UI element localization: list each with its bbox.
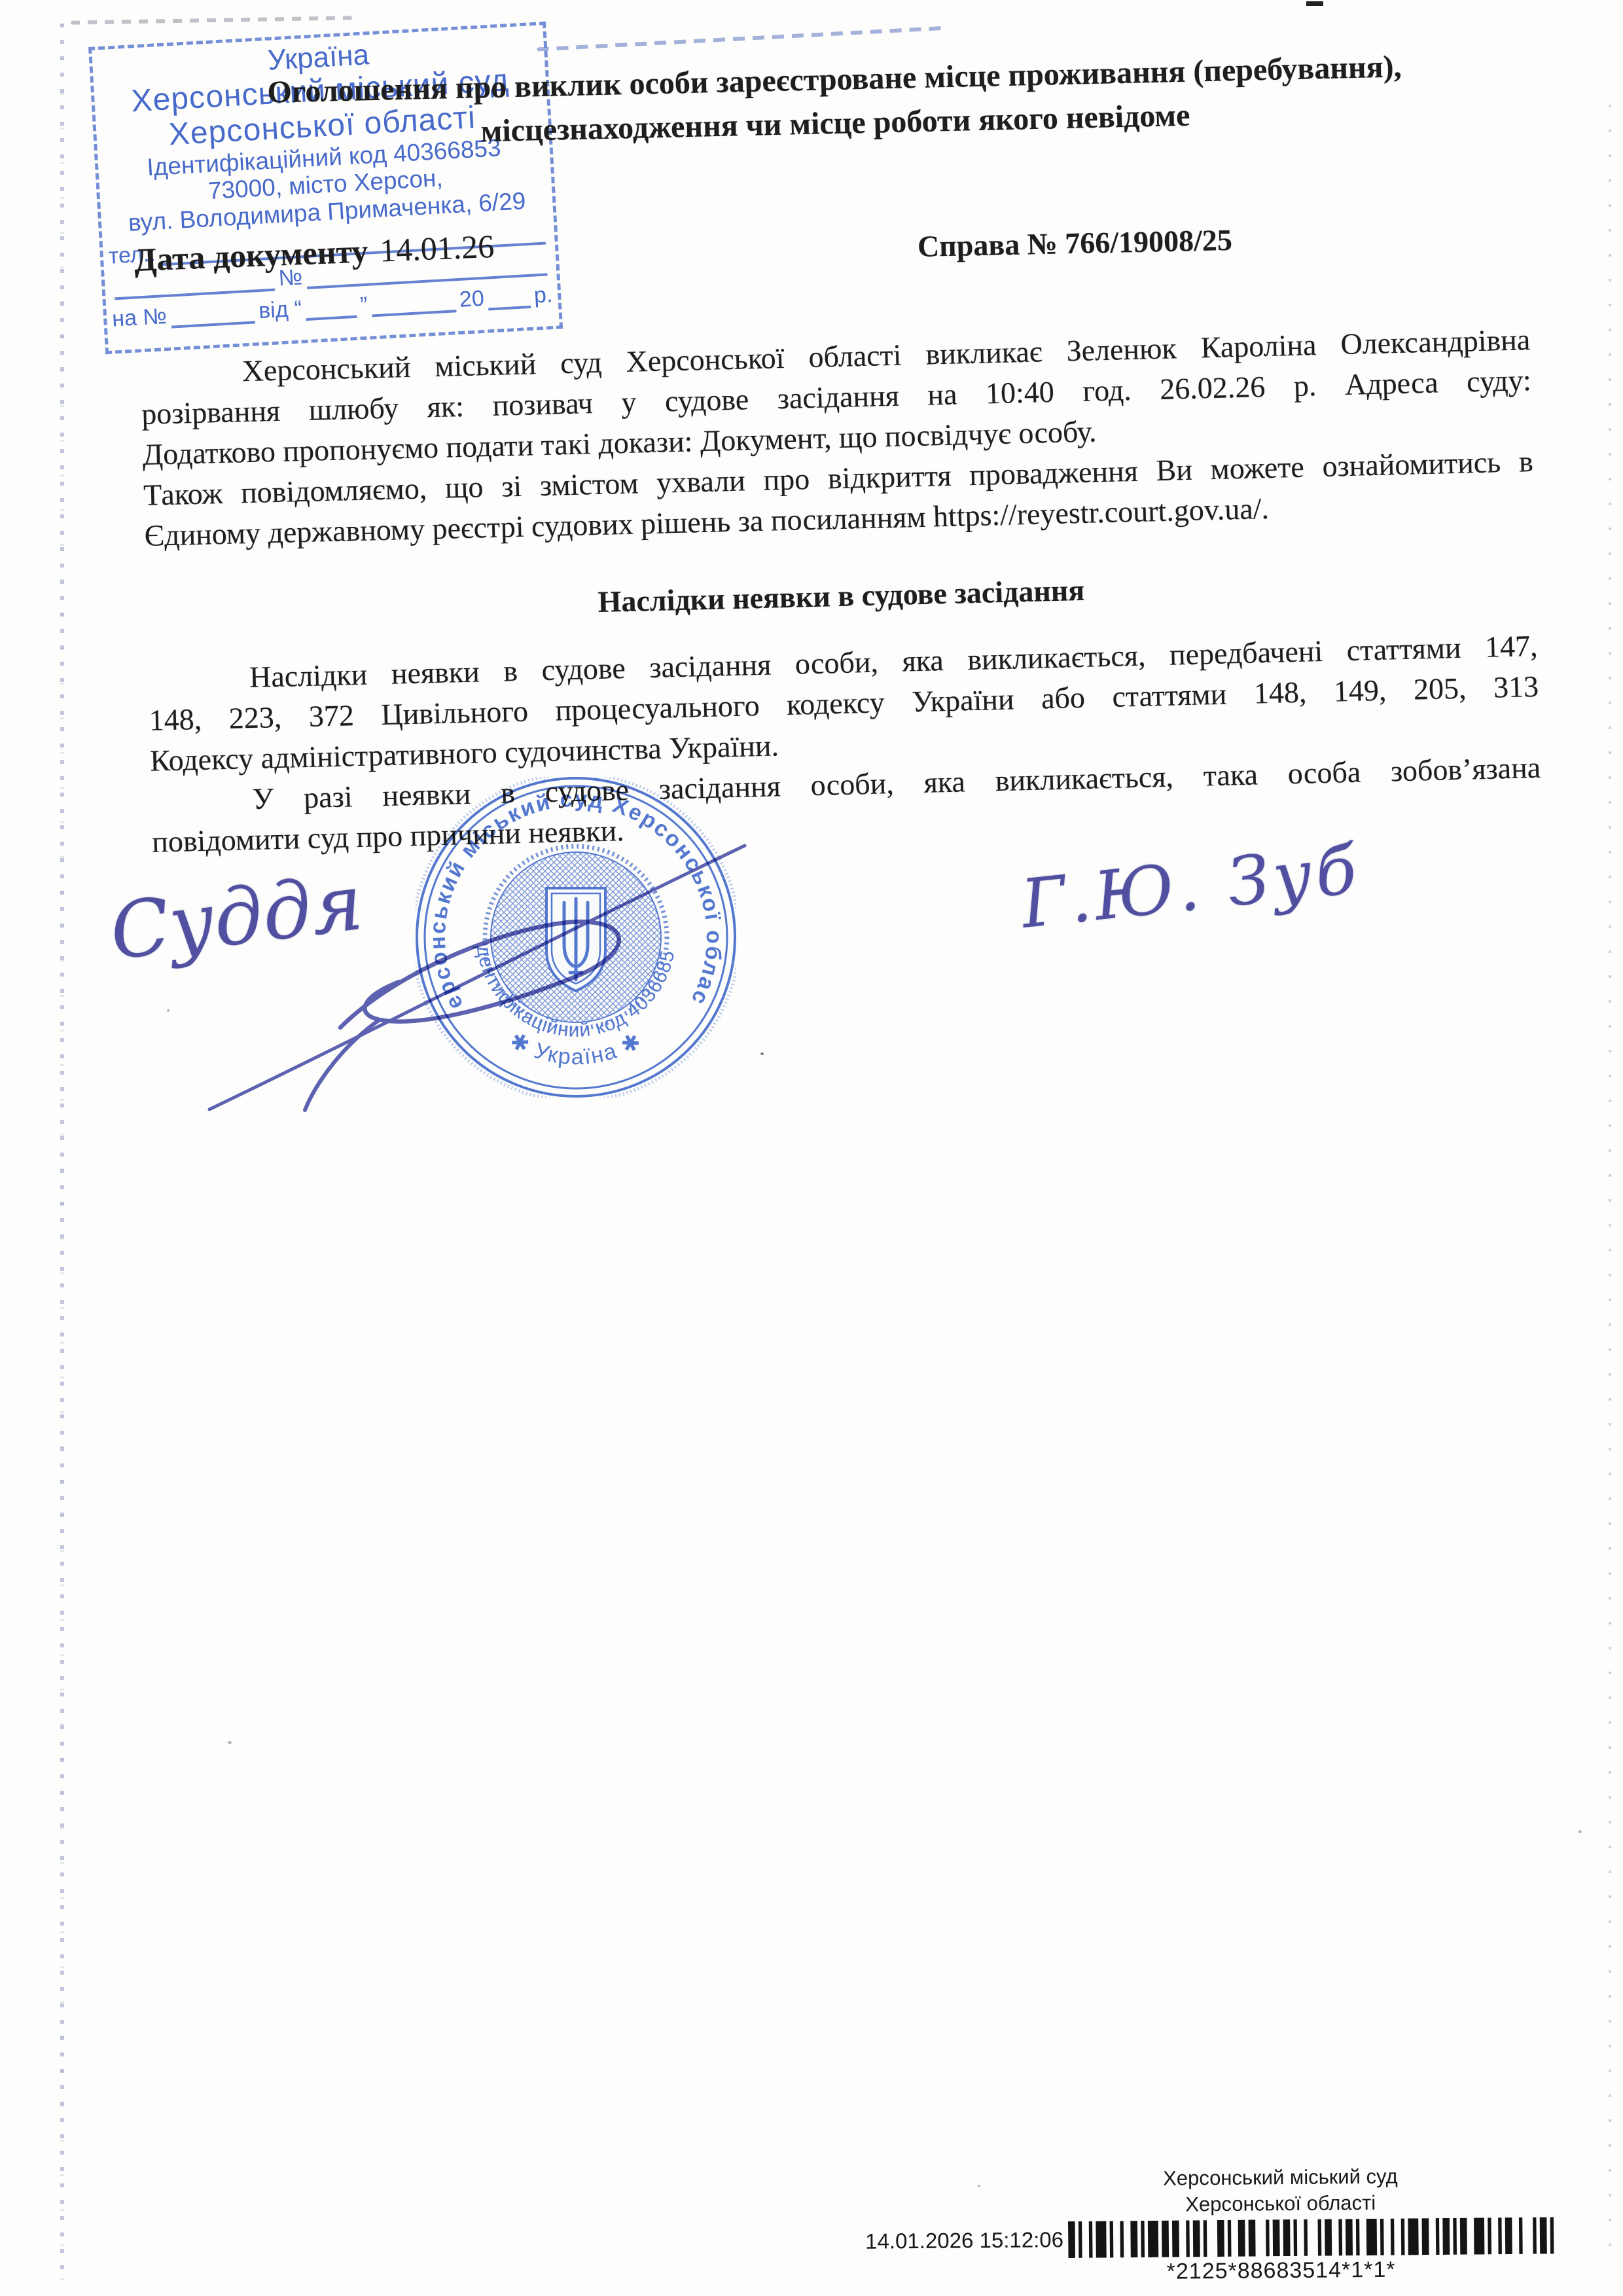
case-number-label: Справа № [917, 227, 1058, 263]
scan-speck [167, 1009, 169, 1012]
stamp-year-label: 20 [459, 286, 485, 312]
scan-artifact-stamp-border-smudge [537, 26, 948, 52]
pen-stroke-tail [305, 1020, 380, 1110]
document-date-value: 14.01.26 [379, 228, 495, 269]
stamp-blank-line [170, 302, 255, 329]
stamp-quote-close: ” [359, 293, 368, 318]
scan-speck [1578, 1830, 1582, 1833]
stamp-blank-line [371, 291, 456, 317]
scan-artifact-top-right-dash [1306, 1, 1323, 6]
footer-court-line2: Херсонської області [1029, 2189, 1533, 2219]
document-body: Херсонський міський суд Херсонської обла… [140, 319, 1542, 863]
pen-stroke-long-line [209, 846, 745, 1109]
scan-speck [228, 1741, 232, 1744]
stamp-blank-line [305, 296, 357, 321]
footer-court-line1: Херсонський міський суд [1028, 2162, 1532, 2193]
scanned-court-document: Україна Херсонський міський суд Херсонсь… [0, 0, 1623, 2296]
scan-artifact-left-edge [60, 24, 64, 2282]
footer-barcode-text: *2125*88683514*1*1* [1029, 2255, 1533, 2286]
registration-footer: Херсонський міський суд Херсонської обла… [865, 2162, 1573, 2287]
case-number-value: 766/19008/25 [1065, 223, 1233, 260]
stamp-na-label: на № [111, 304, 168, 332]
footer-barcode-row: 14.01.2026 15:12:06 [865, 2217, 1572, 2259]
pen-stroke-overlay [183, 812, 772, 1126]
barcode [1068, 2217, 1561, 2258]
scan-artifact-top-smudge [71, 16, 352, 25]
stamp-vid-label: від “ [258, 296, 302, 324]
handwritten-judge-signature: Г.Ю. Зуб [1018, 831, 1364, 944]
section-heading: Наслідки неявки в судове засідання [146, 559, 1537, 634]
stamp-r-label: р. [533, 282, 553, 308]
stamp-blank-line [488, 286, 531, 311]
case-number: Справа № 766/19008/25 [917, 223, 1232, 264]
footer-timestamp: 14.01.2026 15:12:06 [865, 2227, 1068, 2254]
scan-artifact-right-edge [1609, 105, 1611, 2251]
